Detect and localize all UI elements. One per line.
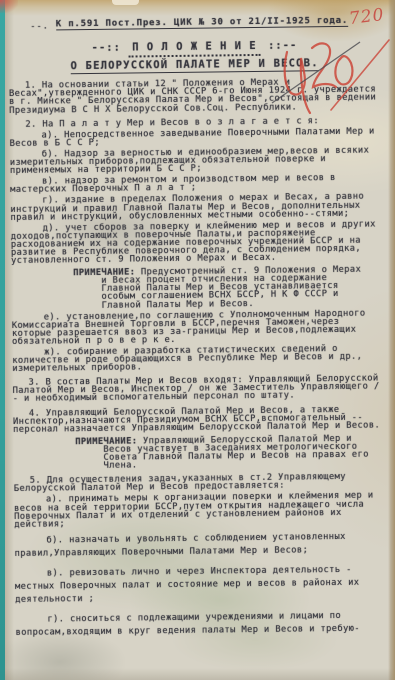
note-paragraph: ПРИМЕЧАНИЕ: Управляющий Белорусской Пала… — [75, 434, 371, 470]
handwritten-page-number: 720 — [348, 5, 386, 29]
document-paragraph: г). издание в пределах Положения о мерах… — [10, 193, 382, 222]
document-paragraph: 1. На основании статьи 12 " Положения о … — [9, 78, 381, 115]
doc-title: П О Л О Ж Е Н И Е — [128, 40, 261, 58]
note-label: ПРИМЕЧАНИЕ: — [73, 268, 141, 279]
header-reference-line: --. К п.591 Пост.През. ЦИК № 30 от 21/II… — [30, 16, 380, 30]
document-paragraph: 4. Управляющий Белорусской Палатой Мер и… — [13, 405, 385, 434]
paragraph-list: 1. На основании статьи 12 " Положения о … — [9, 78, 388, 641]
doc-subtitle-row: О БЕЛОРУССКОЙ ПАЛАТЕ МЕР И ВЕСОВ. — [9, 59, 381, 72]
typewritten-content: --. К п.591 Пост.През. ЦИК № 30 от 21/II… — [8, 7, 388, 640]
document-paragraph: в). ревизовать лично и через Инспектора … — [15, 563, 387, 608]
document-paragraph: а). Непосредственное заведывание Повероч… — [9, 127, 381, 148]
document-paragraph: б). Надзор за верностью и единообразием … — [10, 146, 382, 175]
note-paragraph: ПРИМЕЧАНИЕ: Предусмотренный ст. 9 Положе… — [73, 266, 369, 310]
document-paragraph: г). сноситься с подлежащими учреждениями… — [15, 609, 387, 640]
title-prefix: --:: — [92, 42, 121, 54]
header-reference: К п.591 Пост.През. ЦИК № 30 от 21/II-192… — [56, 17, 348, 31]
note-label: ПРИМЕЧАНИЕ: — [75, 436, 143, 447]
header-dash: --. — [30, 23, 49, 31]
doc-title-row: --:: П О Л О Ж Е Н И Е ::-- — [8, 41, 380, 54]
paper-top-sliver — [112, 0, 139, 5]
document-paragraph: ж). собирание и разработка статистически… — [12, 344, 384, 373]
document-paragraph: д). учет сборов за поверку и клеймению м… — [11, 220, 383, 265]
document-scan: --. К п.591 Пост.През. ЦИК № 30 от 21/II… — [0, 0, 395, 680]
title-suffix: ::-- — [268, 40, 297, 52]
document-paragraph: 3. В состав Палаты Мер и Весов входят: У… — [12, 375, 384, 404]
document-paragraph: е). установление,по соглашению с Уполном… — [12, 309, 384, 346]
paper-right-edge — [388, 0, 395, 680]
document-paragraph: а). принимать меры к организации поверки… — [14, 492, 386, 529]
doc-subtitle: О БЕЛОРУССКОЙ ПАЛАТЕ МЕР И ВЕСОВ. — [70, 57, 318, 74]
document-paragraph: б). назначать и увольнять с соблюдением … — [14, 530, 386, 561]
